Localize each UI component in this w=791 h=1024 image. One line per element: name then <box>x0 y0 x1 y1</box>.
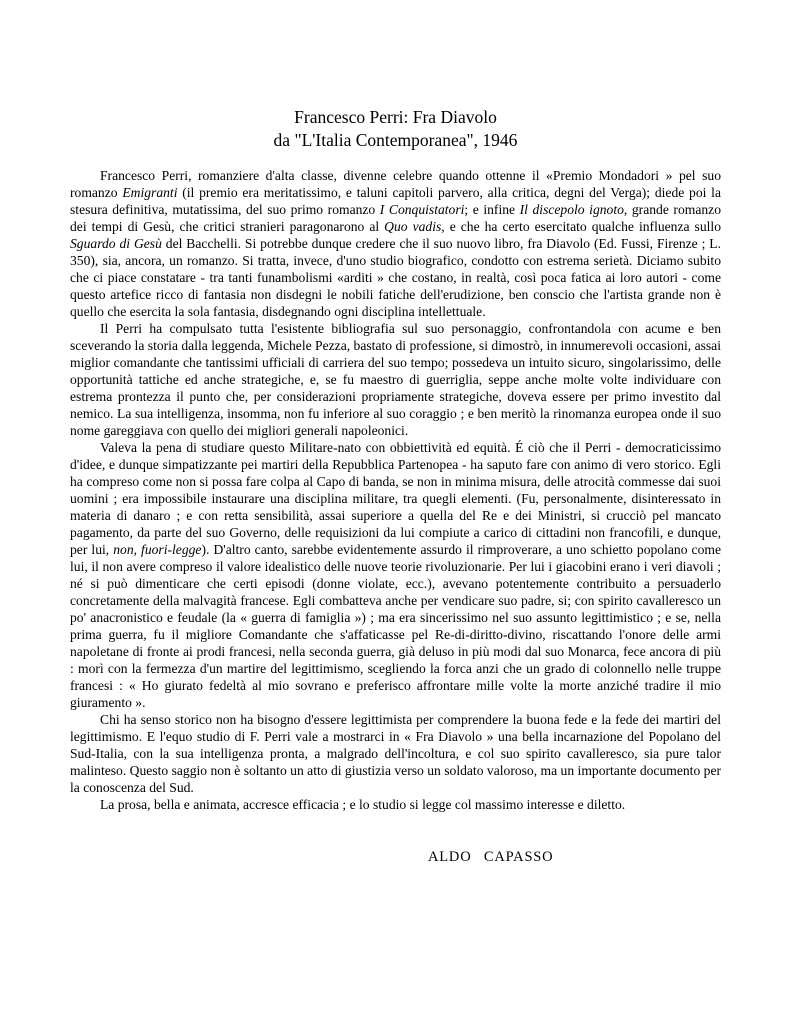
paragraph: Valeva la pena di studiare questo Milita… <box>70 439 721 711</box>
text-run: , e che ha certo esercitato qualche infl… <box>441 219 721 234</box>
italic-text-run: I Conquistatori <box>380 202 465 217</box>
text-run: La prosa, bella e animata, accresce effi… <box>100 797 625 812</box>
italic-text-run: Il discepolo ignoto <box>520 202 624 217</box>
text-run: ). D'altro canto, sarebbe evidentemente … <box>70 542 721 710</box>
signature: ALDO CAPASSO <box>70 849 721 866</box>
text-run: Valeva la pena di studiare questo Milita… <box>70 440 721 557</box>
italic-text-run: Sguardo di Gesù <box>70 236 162 251</box>
paragraph: La prosa, bella e animata, accresce effi… <box>70 796 721 813</box>
text-run: Chi ha senso storico non ha bisogno d'es… <box>70 712 721 795</box>
document-title: Francesco Perri: Fra Diavolo da "L'Itali… <box>70 106 721 152</box>
italic-text-run: Emigranti <box>122 185 177 200</box>
paragraph: Il Perri ha compulsato tutta l'esistente… <box>70 320 721 439</box>
text-run: del Bacchelli. Si potrebbe dunque creder… <box>70 236 721 319</box>
text-run: ; e infine <box>464 202 519 217</box>
title-line-2: da "L'Italia Contemporanea", 1946 <box>70 129 721 152</box>
paragraph: Francesco Perri, romanziere d'alta class… <box>70 167 721 320</box>
text-run: Il Perri ha compulsato tutta l'esistente… <box>70 321 721 438</box>
document-body: Francesco Perri, romanziere d'alta class… <box>70 167 721 813</box>
italic-text-run: Quo vadis <box>384 219 441 234</box>
paragraph: Chi ha senso storico non ha bisogno d'es… <box>70 711 721 796</box>
italic-text-run: non, fuori-legge <box>113 542 201 557</box>
document-page: Francesco Perri: Fra Diavolo da "L'Itali… <box>0 0 791 1024</box>
title-line-1: Francesco Perri: Fra Diavolo <box>70 106 721 129</box>
